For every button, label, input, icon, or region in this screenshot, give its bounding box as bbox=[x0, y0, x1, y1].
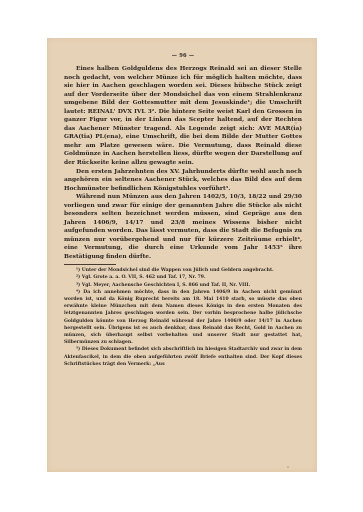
paragraph-xv-jahrhundert: Den ersten Jahrzehnten des XV. Jahrhunde… bbox=[64, 168, 302, 194]
footnote-3: ³) Vgl. Meyer, Aachensche Geschichten I,… bbox=[64, 282, 302, 289]
page-number: — 96 — bbox=[64, 53, 302, 59]
paragraph-muenzen-jahre: Während nun Münzen aus den Jahren 1402/5… bbox=[64, 193, 302, 261]
paper-stain bbox=[295, 122, 297, 124]
footnote-divider bbox=[64, 264, 116, 265]
paragraph-goldgulden: Eines halben Goldguldens des Herzogs Rei… bbox=[64, 65, 302, 168]
footnote-2: ²) Vgl. Grote a. a. O. VII, S. 462 und T… bbox=[64, 274, 302, 281]
paper-stain bbox=[287, 466, 289, 468]
book-page: — 96 — Eines halben Goldguldens des Herz… bbox=[47, 38, 317, 472]
footnote-1: ¹) Unter der Mondsichel sind die Wappen … bbox=[64, 267, 302, 274]
page-content: — 96 — Eines halben Goldguldens des Herz… bbox=[64, 53, 302, 368]
footnote-5: ⁵) Dieses Dokument befindet sich abschri… bbox=[64, 346, 302, 368]
footnote-4: ⁴) Da ich annehmen möchte, dass in den J… bbox=[64, 289, 302, 347]
